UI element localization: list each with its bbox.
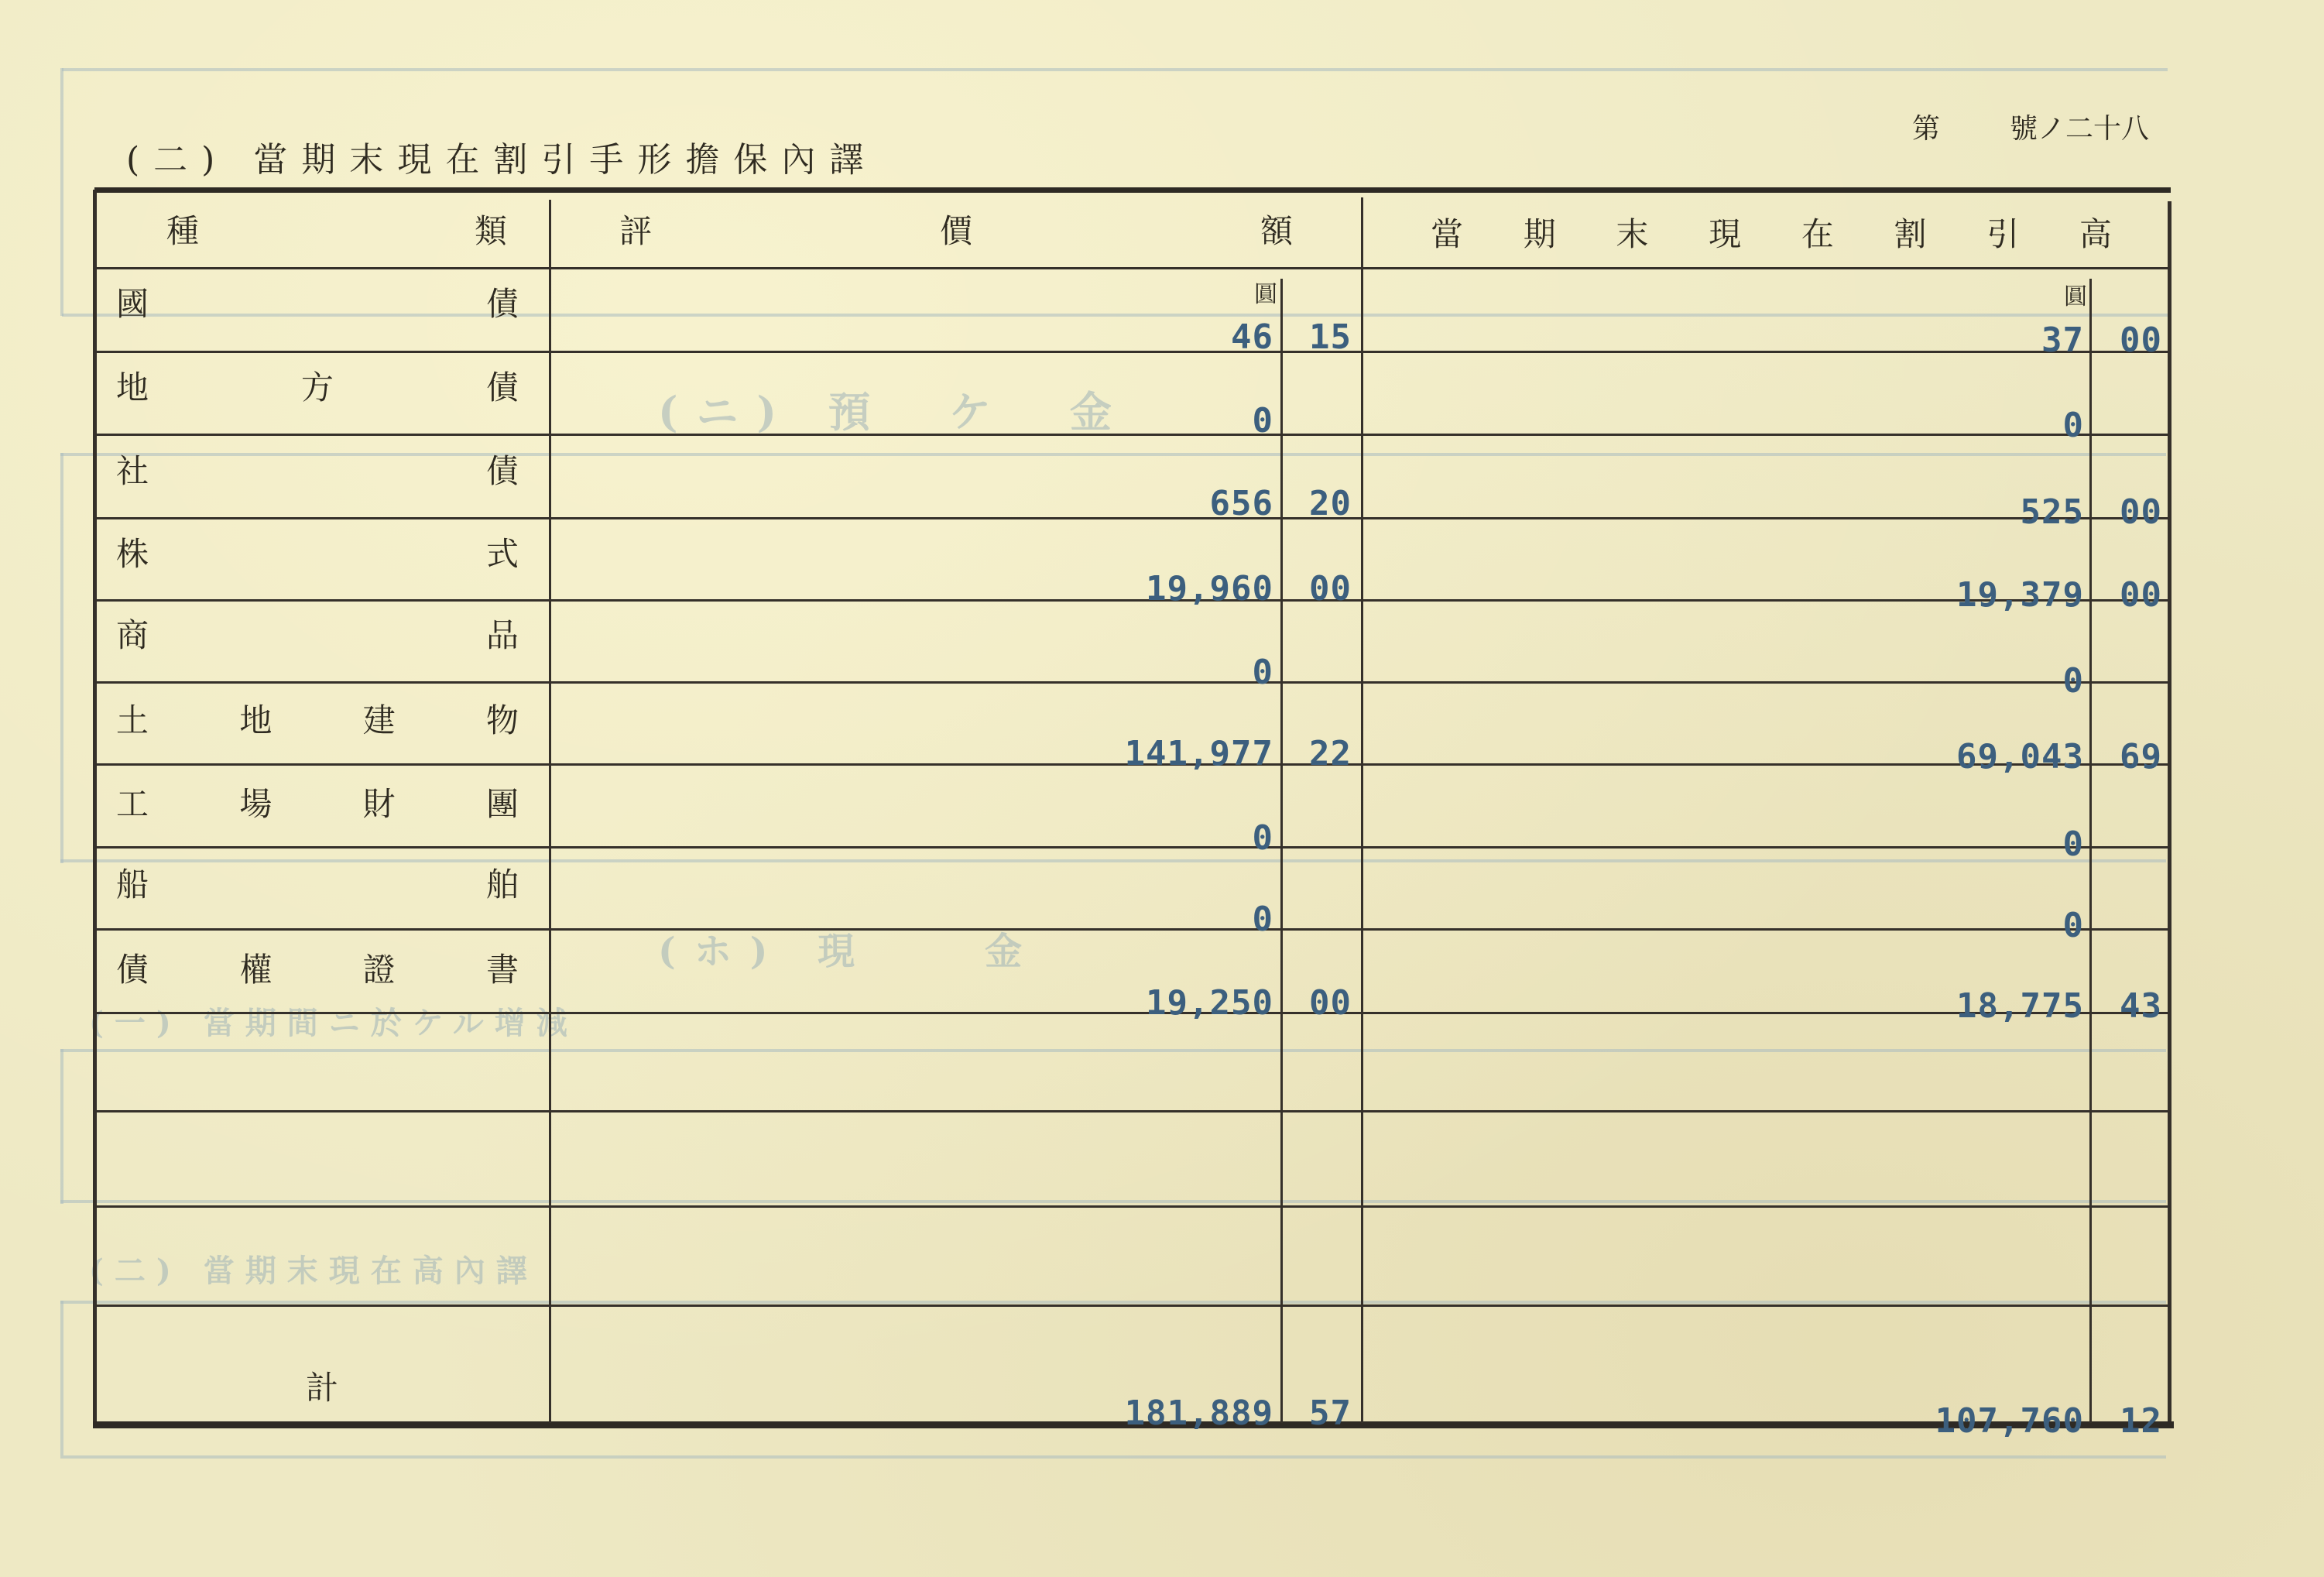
valuation-sen: 22	[1287, 734, 1352, 773]
table-row-kind: 土地建物	[116, 705, 519, 737]
valuation-sen: 00	[1287, 983, 1352, 1023]
valuation-yen: 19,960	[1006, 569, 1273, 609]
current-yen: 18,775	[1812, 986, 2084, 1026]
table-top-border	[94, 187, 2171, 193]
valuation-yen: 19,250	[1006, 983, 1273, 1023]
valuation-sen: 20	[1287, 484, 1352, 523]
unit-yen-current: 圓	[2064, 277, 2087, 311]
total-label: 計	[306, 1363, 338, 1409]
table-right-border	[2168, 201, 2171, 1428]
current-yen: 0	[1812, 906, 2084, 945]
row-divider	[96, 1304, 2168, 1307]
current-yen: 0	[1812, 824, 2084, 864]
table-row-kind: 株式	[116, 538, 519, 571]
current-yen: 525	[1812, 492, 2084, 532]
total-valuation-sen: 57	[1287, 1394, 1352, 1433]
current-sen: 00	[2096, 575, 2162, 615]
table-row-kind: 船舶	[116, 869, 519, 901]
total-current-sen: 12	[2096, 1401, 2162, 1441]
valuation-yen: 0	[1006, 900, 1273, 939]
table-left-border	[93, 190, 97, 1428]
col-divider	[1361, 197, 1363, 1423]
current-yen: 37	[1812, 321, 2084, 360]
header-kind: 種 類	[166, 215, 507, 248]
valuation-yen: 0	[1006, 818, 1273, 858]
valuation-yen: 0	[1006, 653, 1273, 692]
current-sen: 00	[2096, 321, 2162, 360]
current-yen: 0	[1812, 406, 2084, 445]
table-row-kind: 地方債	[116, 372, 519, 404]
valuation-yen: 656	[1006, 484, 1273, 523]
valuation-yen: 46	[1006, 317, 1273, 357]
valuation-yen: 141,977	[1006, 734, 1273, 773]
page-number-value: 號ノ二十八	[2010, 113, 2149, 145]
table-row-kind: 工場財團	[116, 788, 519, 821]
header-valuation: 評 價 額	[619, 215, 1293, 248]
section-title: (二) 當期末現在割引手形擔保內譯	[126, 132, 877, 181]
table-row-kind: 商品	[116, 619, 519, 652]
unit-yen-valuation: 圓	[1254, 275, 1277, 309]
row-divider	[96, 267, 2168, 269]
current-sen: 69	[2096, 737, 2162, 777]
current-sen: 00	[2096, 492, 2162, 532]
col-divider	[549, 200, 551, 1423]
valuation-yen: 0	[1006, 401, 1273, 441]
valuation-sen: 00	[1287, 569, 1352, 609]
total-current-yen: 107,760	[1812, 1401, 2084, 1441]
current-yen: 0	[1812, 661, 2084, 701]
ghost-text: (二) 當期末現在高內譯	[89, 1246, 538, 1291]
page-number: 第號ノ二十八	[1912, 107, 2149, 146]
table-row-kind: 國債	[116, 288, 519, 321]
total-valuation-yen: 181,889	[1006, 1394, 1273, 1433]
page-number-label: 第	[1912, 113, 1940, 145]
ghost-text: (一) 當期間ニ於ケル增減	[89, 999, 578, 1043]
current-sen: 43	[2096, 986, 2162, 1026]
col-divider	[2089, 279, 2092, 1423]
col-divider	[1280, 279, 1283, 1423]
header-current-discount: 當 期 末 現 在 割 引 高	[1431, 218, 2112, 251]
row-divider	[96, 1205, 2168, 1208]
valuation-sen: 15	[1287, 317, 1352, 357]
current-yen: 69,043	[1812, 737, 2084, 777]
table-row-kind: 債權證書	[116, 954, 519, 986]
row-divider	[96, 1110, 2168, 1112]
table-row-kind: 社債	[116, 455, 519, 488]
current-yen: 19,379	[1812, 575, 2084, 615]
